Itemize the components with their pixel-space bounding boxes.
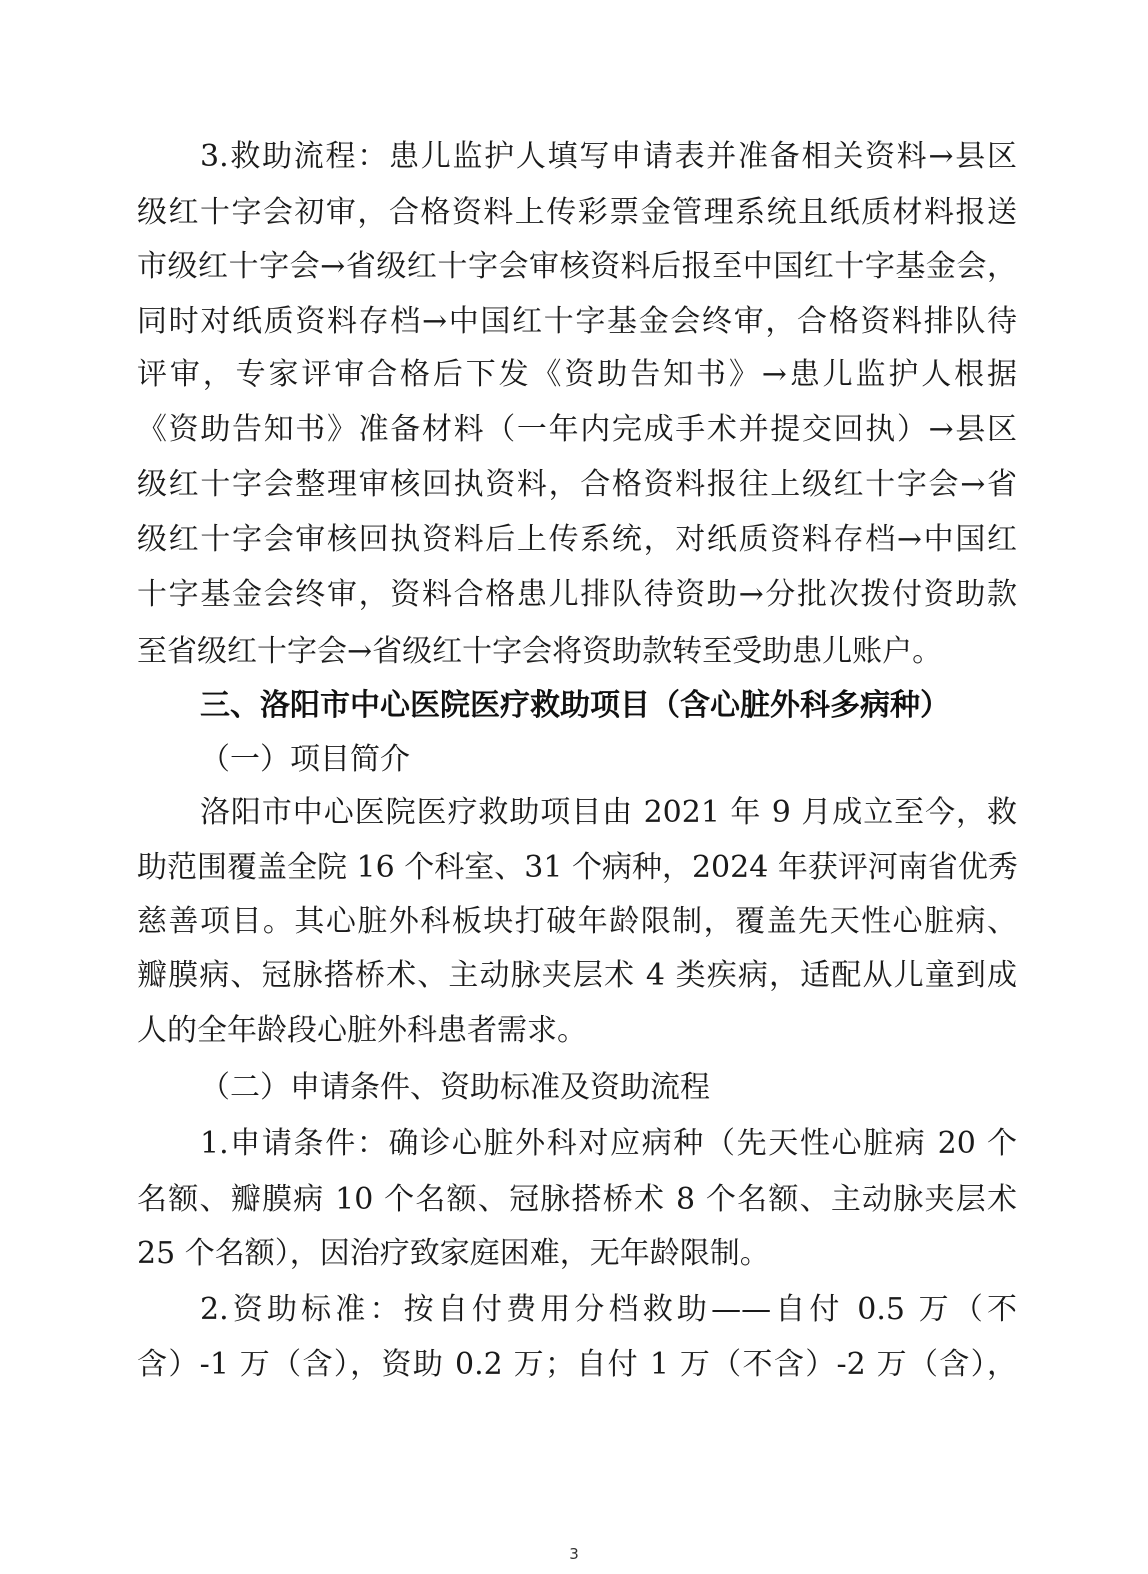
text-line: 评审，专家评审合格后下发《资助告知书》→患儿监护人根据	[137, 355, 1017, 395]
text-line: 助范围覆盖全院 16 个科室、31 个病种，2024 年获评河南省优秀	[137, 848, 1017, 888]
text-line: 含）-1 万（含），资助 0.2 万；自付 1 万（不含）-2 万（含），	[137, 1345, 1017, 1385]
text-line: 3.救助流程：患儿监护人填写申请表并准备相关资料→县区	[200, 137, 1017, 177]
section-heading: 三、洛阳市中心医院医疗救助项目（含心脏外科多病种）	[200, 686, 1017, 726]
text-line: 25 个名额），因治疗致家庭困难，无年龄限制。	[137, 1234, 1017, 1274]
text-line: 市级红十字会→省级红十字会审核资料后报至中国红十字基金会，	[137, 247, 1017, 287]
text-line: 《资助告知书》准备材料（一年内完成手术并提交回执）→县区	[137, 410, 1017, 450]
text-line: 2.资助标准：按自付费用分档救助——自付 0.5 万（不	[200, 1290, 1017, 1330]
document-page: 3.救助流程：患儿监护人填写申请表并准备相关资料→县区 级红十字会初审，合格资料…	[0, 0, 1148, 1574]
text-line: 同时对纸质资料存档→中国红十字基金会终审，合格资料排队待	[137, 302, 1017, 342]
text-line: 名额、瓣膜病 10 个名额、冠脉搭桥术 8 个名额、主动脉夹层术	[137, 1180, 1017, 1220]
text-line: 级红十字会整理审核回执资料，合格资料报往上级红十字会→省	[137, 465, 1017, 505]
subsection-heading: （二）申请条件、资助标准及资助流程	[200, 1068, 1017, 1108]
text-line: 人的全年龄段心脏外科患者需求。	[137, 1011, 1017, 1051]
text-line: 级红十字会初审，合格资料上传彩票金管理系统且纸质材料报送	[137, 193, 1017, 233]
text-line: 级红十字会审核回执资料后上传系统，对纸质资料存档→中国红	[137, 520, 1017, 560]
subsection-heading: （一）项目简介	[200, 740, 1017, 780]
text-line: 瓣膜病、冠脉搭桥术、主动脉夹层术 4 类疾病，适配从儿童到成	[137, 956, 1017, 996]
text-line: 至省级红十字会→省级红十字会将资助款转至受助患儿账户。	[137, 632, 1017, 672]
text-line: 慈善项目。其心脏外科板块打破年龄限制，覆盖先天性心脏病、	[137, 902, 1017, 942]
text-line: 1.申请条件：确诊心脏外科对应病种（先天性心脏病 20 个	[200, 1124, 1017, 1164]
text-line: 十字基金会终审，资料合格患儿排队待资助→分批次拨付资助款	[137, 575, 1017, 615]
text-line: 洛阳市中心医院医疗救助项目由 2021 年 9 月成立至今，救	[200, 793, 1017, 833]
page-number: 3	[0, 1545, 1148, 1563]
